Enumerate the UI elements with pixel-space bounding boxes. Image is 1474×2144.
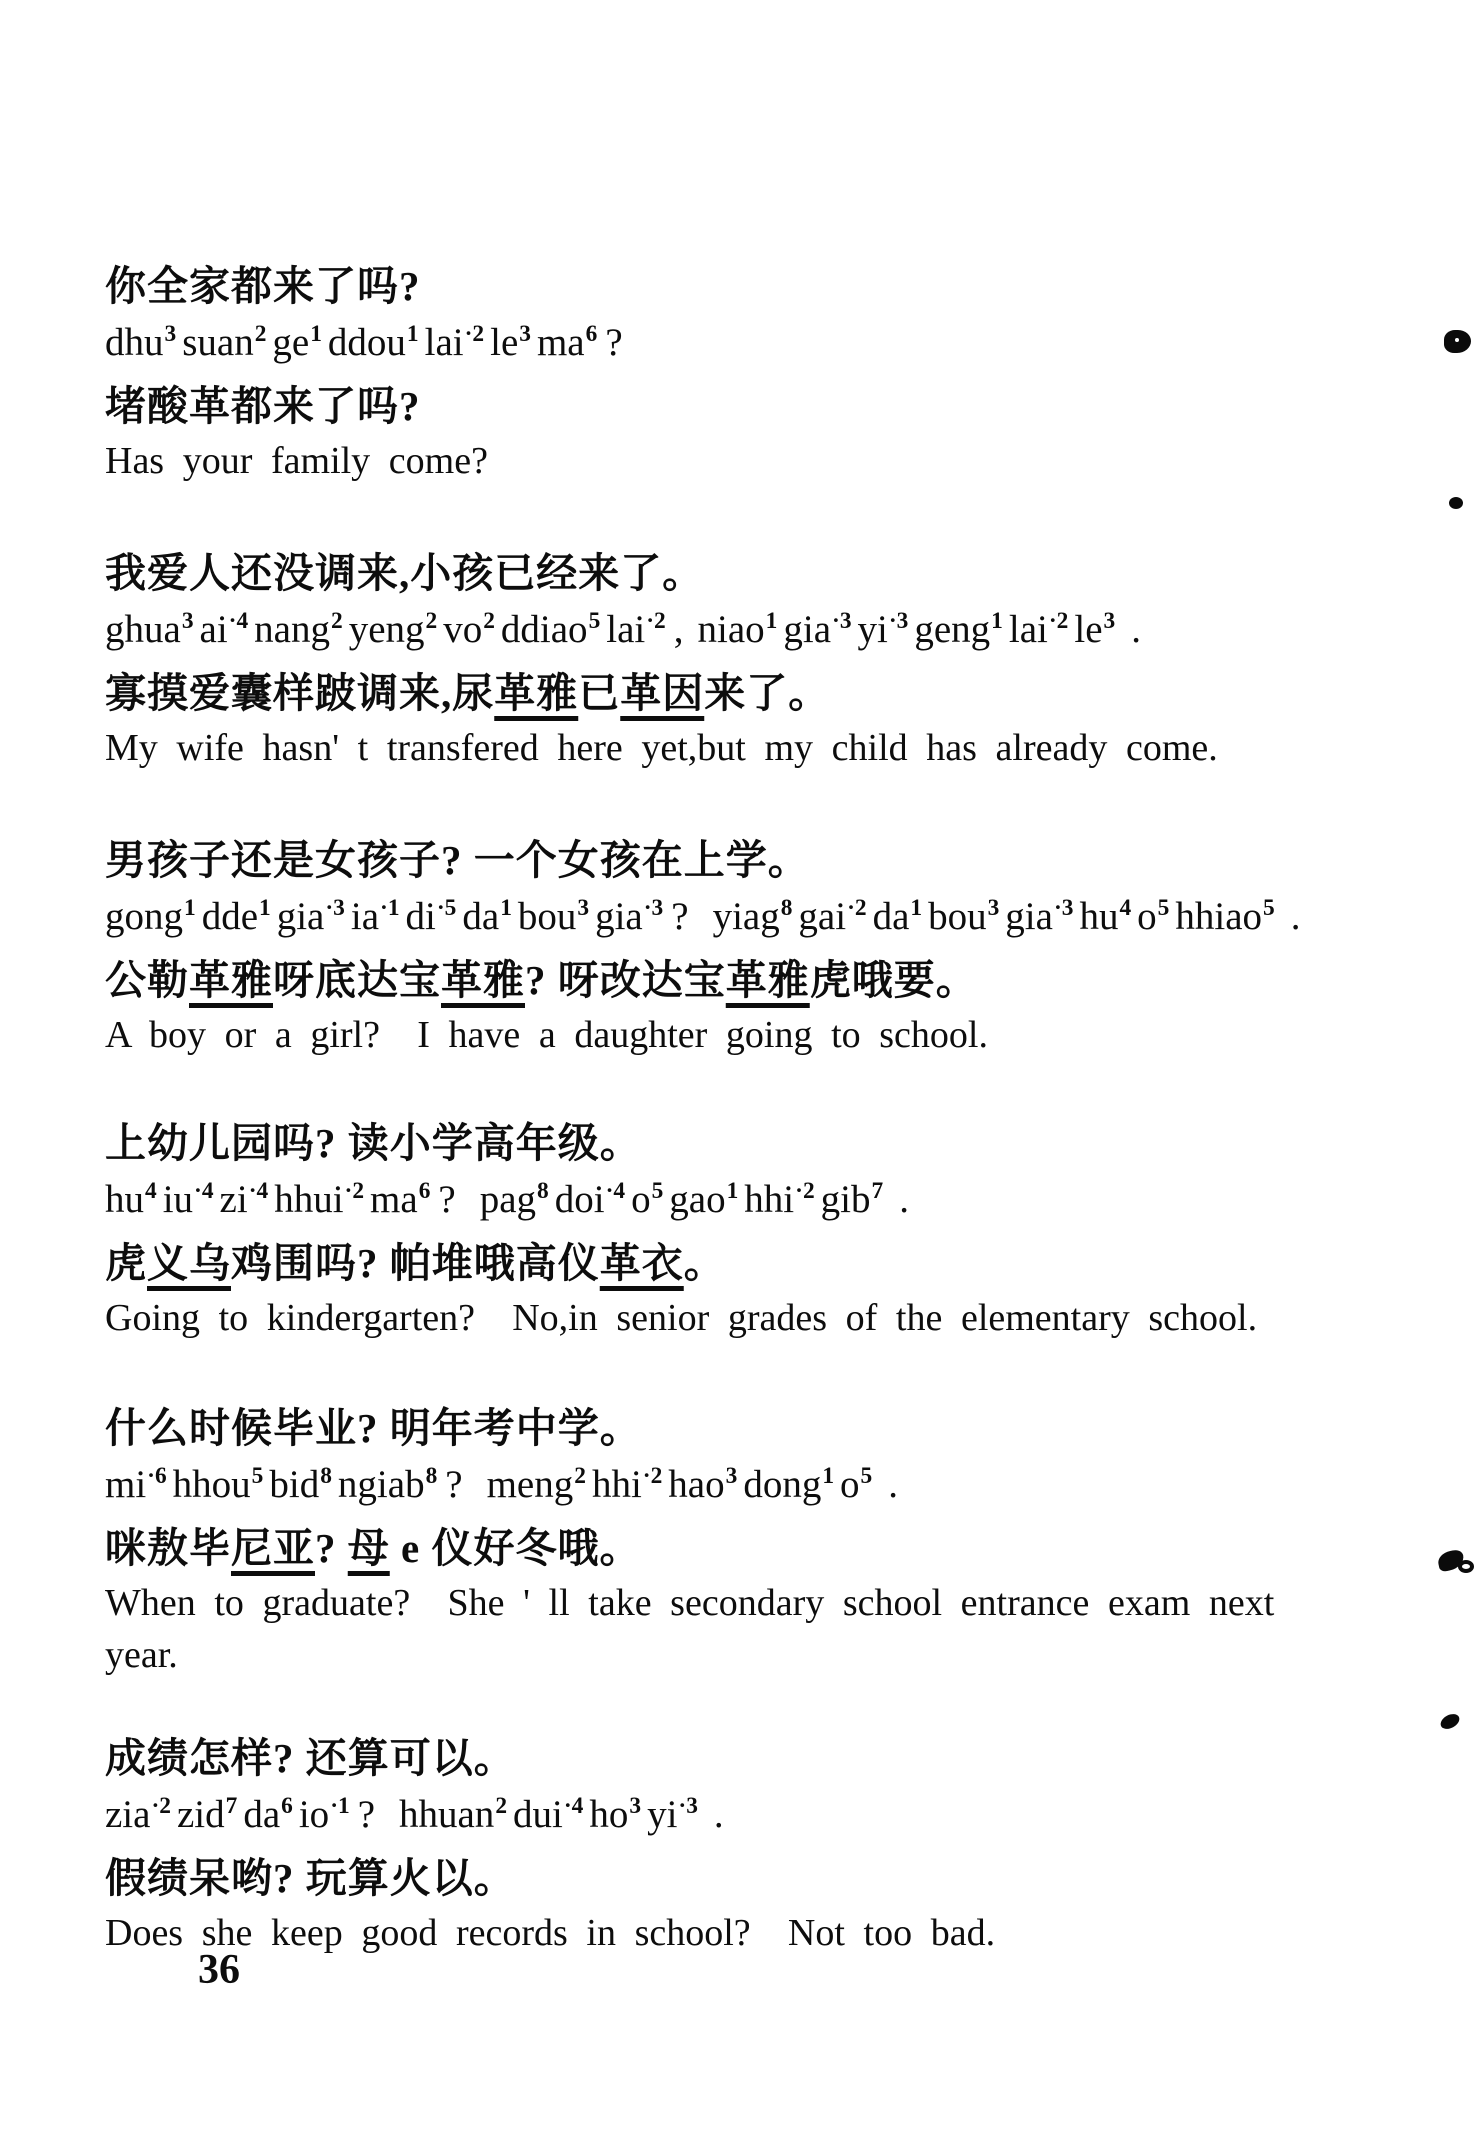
romanized-syllable: mi·6: [105, 1463, 168, 1506]
romanized-syllable: dde1: [202, 895, 272, 938]
phonetic-text: ? 呀改达宝: [525, 957, 726, 1003]
romanized-syllable: io·1: [299, 1793, 351, 1836]
tone-superscript: ·4: [564, 1793, 584, 1819]
english-translation: year.: [105, 1629, 1405, 1681]
tone-superscript: 2: [331, 608, 343, 634]
ink-speck: [1438, 1711, 1462, 1732]
punctuation: ?: [671, 895, 688, 938]
romanized-syllable: hhuan2: [399, 1793, 508, 1836]
underlined-proper-name: 母: [348, 1525, 390, 1571]
tone-superscript: 8: [537, 1178, 549, 1204]
romanized-syllable: hhui·2: [274, 1178, 365, 1221]
english-translation: When to graduate? She ' ll take secondar…: [105, 1577, 1405, 1629]
phonetic-approximation-line: 咪敖毕尼亚? 母 e 仪好冬哦。: [105, 1519, 1405, 1577]
romanized-syllable: gong1: [105, 895, 197, 938]
romanized-syllable: nang2: [254, 608, 344, 651]
chinese-sentence: 成绩怎样? 还算可以。: [105, 1730, 1405, 1786]
chinese-sentence: 什么时候毕业? 明年考中学。: [105, 1400, 1405, 1456]
tone-superscript: 2: [255, 321, 267, 347]
romanized-syllable: ngiab8: [338, 1463, 438, 1506]
romanized-syllable: ddiao5: [501, 608, 601, 651]
romanized-syllable: lai·2: [1009, 608, 1069, 651]
ink-speck: [1444, 330, 1471, 353]
romanized-syllable: yiag8: [713, 895, 794, 938]
romanized-syllable: ghua3: [105, 608, 195, 651]
english-translation: Going to kindergarten? No,in senior grad…: [105, 1292, 1405, 1344]
romanized-syllable: o5: [631, 1178, 664, 1221]
romanized-syllable: gia·3: [277, 895, 346, 938]
punctuation: ?: [358, 1793, 375, 1836]
romanized-syllable: zi·4: [220, 1178, 270, 1221]
romanized-syllable: dhu3: [105, 321, 177, 364]
romanized-syllable: gib7: [821, 1178, 885, 1221]
punctuation: .: [899, 1178, 909, 1221]
tone-superscript: 6: [281, 1793, 293, 1819]
underlined-proper-name: 革因: [620, 670, 704, 716]
tone-superscript: 5: [589, 608, 601, 634]
romanized-syllable: di·5: [406, 895, 458, 938]
romanized-syllable: ge1: [272, 321, 323, 364]
phonetic-text: 咪敖毕: [105, 1525, 231, 1571]
punctuation: .: [1131, 608, 1141, 651]
romanized-syllable: hhou5: [173, 1463, 265, 1506]
tone-superscript: 3: [182, 608, 194, 634]
tone-superscript: 5: [652, 1178, 664, 1204]
romanized-syllable: hao3: [668, 1463, 738, 1506]
tone-superscript: 3: [988, 895, 1000, 921]
tone-superscript: 2: [574, 1463, 586, 1489]
romanized-syllable: ho3: [589, 1793, 642, 1836]
phonetic-text: 虎哦要。: [810, 957, 978, 1003]
romanized-syllable: zia·2: [105, 1793, 172, 1836]
phonetic-text: 堵酸革都来了吗?: [105, 383, 421, 429]
phrase-entry: 你全家都来了吗?dhu3suan2ge1ddou1lai·2le3ma6?堵酸革…: [105, 258, 1405, 487]
tone-superscript: 1: [407, 321, 419, 347]
phonetic-approximation-line: 堵酸革都来了吗?: [105, 377, 1405, 435]
tone-superscript: 7: [871, 1178, 883, 1204]
romanized-syllable: hhi·2: [744, 1178, 815, 1221]
romanized-syllable: vo2: [443, 608, 496, 651]
phonetic-approximation-line: 假绩呆哟? 玩算火以。: [105, 1849, 1405, 1907]
phonetic-text: 假绩呆哟? 玩算火以。: [105, 1855, 516, 1901]
tone-superscript: ·2: [795, 1178, 815, 1204]
english-translation: A boy or a girl? I have a daughter going…: [105, 1009, 1405, 1061]
tone-superscript: ·3: [678, 1793, 698, 1819]
underlined-proper-name: 尼亚: [231, 1525, 315, 1571]
romanized-syllable: gia·3: [1005, 895, 1074, 938]
tone-superscript: 6: [586, 321, 598, 347]
english-translation: My wife hasn' t transfered here yet,but …: [105, 722, 1405, 774]
tone-superscript: 3: [165, 321, 177, 347]
english-translation: Does she keep good records in school? No…: [105, 1907, 1405, 1959]
romanized-syllable: ddou1: [328, 321, 420, 364]
phonetic-text: ?: [315, 1525, 348, 1571]
punctuation: ?: [605, 321, 622, 364]
underlined-proper-name: 义乌: [147, 1240, 231, 1286]
romanized-syllable: yi·3: [858, 608, 910, 651]
ink-speck: [1449, 497, 1463, 509]
romanized-syllable: hhi·2: [592, 1463, 663, 1506]
romanized-syllable: gia·3: [783, 608, 852, 651]
tone-superscript: 4: [1119, 895, 1131, 921]
tone-superscript: 3: [577, 895, 589, 921]
romanized-syllable: gao1: [669, 1178, 739, 1221]
romanization-line: zia·2zid7da6io·1?hhuan2dui·4ho3yi·3.: [105, 1786, 1405, 1849]
phrase-entry: 什么时候毕业? 明年考中学。mi·6hhou5bid8ngiab8?meng2h…: [105, 1400, 1405, 1681]
tone-superscript: 1: [991, 608, 1003, 634]
romanized-syllable: ma6: [370, 1178, 431, 1221]
phonetic-text: e 仪好冬哦。: [390, 1525, 642, 1571]
romanized-syllable: gia·3: [595, 895, 664, 938]
tone-superscript: 1: [822, 1463, 834, 1489]
romanized-syllable: iu·4: [163, 1178, 215, 1221]
romanized-syllable: hu4: [105, 1178, 158, 1221]
tone-superscript: 4: [145, 1178, 157, 1204]
tone-superscript: 5: [1263, 895, 1275, 921]
tone-superscript: ·2: [465, 321, 485, 347]
tone-superscript: 1: [727, 1178, 739, 1204]
underlined-proper-name: 革雅: [189, 957, 273, 1003]
romanized-syllable: meng2: [487, 1463, 587, 1506]
tone-superscript: ·6: [147, 1463, 167, 1489]
tone-superscript: ·3: [1054, 895, 1074, 921]
tone-superscript: 1: [310, 321, 322, 347]
tone-superscript: ·3: [832, 608, 852, 634]
tone-superscript: ·4: [194, 1178, 214, 1204]
romanized-syllable: bou3: [928, 895, 1000, 938]
phonetic-text: 呀底达宝: [273, 957, 441, 1003]
tone-superscript: ·1: [380, 895, 400, 921]
romanized-syllable: ai·4: [200, 608, 250, 651]
tone-superscript: ·5: [437, 895, 457, 921]
chinese-sentence: 男孩子还是女孩子? 一个女孩在上学。: [105, 832, 1405, 888]
page-number: 36: [198, 1946, 240, 1994]
tone-superscript: 5: [1158, 895, 1170, 921]
romanized-syllable: da6: [243, 1793, 294, 1836]
tone-superscript: 6: [419, 1178, 431, 1204]
tone-superscript: 8: [320, 1463, 332, 1489]
romanized-syllable: da1: [873, 895, 924, 938]
romanized-syllable: ma6: [537, 321, 598, 364]
phrase-entry: 成绩怎样? 还算可以。zia·2zid7da6io·1?hhuan2dui·4h…: [105, 1730, 1405, 1959]
chinese-sentence: 上幼儿园吗? 读小学高年级。: [105, 1115, 1405, 1171]
phonetic-text: 虎: [105, 1240, 147, 1286]
tone-superscript: ·2: [345, 1178, 365, 1204]
romanized-syllable: le3: [490, 321, 532, 364]
romanized-syllable: bou3: [518, 895, 590, 938]
romanization-line: dhu3suan2ge1ddou1lai·2le3ma6?: [105, 314, 1405, 377]
romanized-syllable: le3: [1074, 608, 1116, 651]
phrase-entry: 上幼儿园吗? 读小学高年级。hu4iu·4zi·4hhui·2ma6?pag8d…: [105, 1115, 1405, 1344]
romanized-syllable: yeng2: [349, 608, 439, 651]
punctuation: ,: [674, 608, 684, 651]
romanized-syllable: da1: [462, 895, 513, 938]
tone-superscript: ·2: [151, 1793, 171, 1819]
tone-superscript: ·2: [646, 608, 666, 634]
phrase-entry: 男孩子还是女孩子? 一个女孩在上学。gong1dde1gia·3ia·1di·5…: [105, 832, 1405, 1061]
tone-superscript: 3: [1104, 608, 1116, 634]
romanized-syllable: doi·4: [555, 1178, 626, 1221]
romanization-line: hu4iu·4zi·4hhui·2ma6?pag8doi·4o5gao1hhi·…: [105, 1171, 1405, 1234]
tone-superscript: 2: [495, 1793, 507, 1819]
tone-superscript: 1: [259, 895, 271, 921]
romanized-syllable: lai·2: [606, 608, 666, 651]
tone-superscript: 5: [861, 1463, 873, 1489]
punctuation: ?: [445, 1463, 462, 1506]
ink-speck: [1458, 1560, 1474, 1573]
romanized-syllable: niao1: [698, 608, 779, 651]
tone-superscript: 3: [629, 1793, 641, 1819]
tone-superscript: 1: [184, 895, 196, 921]
punctuation: .: [714, 1793, 724, 1836]
tone-superscript: 1: [766, 608, 778, 634]
romanized-syllable: gai·2: [798, 895, 867, 938]
tone-superscript: ·4: [229, 608, 249, 634]
phonetic-text: 。: [684, 1240, 726, 1286]
romanized-syllable: lai·2: [425, 321, 485, 364]
tone-superscript: ·4: [249, 1178, 269, 1204]
tone-superscript: ·3: [889, 608, 909, 634]
phonetic-text: 来了。: [704, 670, 830, 716]
romanization-line: gong1dde1gia·3ia·1di·5da1bou3gia·3?yiag8…: [105, 888, 1405, 951]
tone-superscript: 2: [483, 608, 495, 634]
romanization-line: mi·6hhou5bid8ngiab8?meng2hhi·2hao3dong1o…: [105, 1456, 1405, 1519]
tone-superscript: ·2: [643, 1463, 663, 1489]
romanized-syllable: zid7: [177, 1793, 238, 1836]
underlined-proper-name: 革雅: [441, 957, 525, 1003]
phonetic-approximation-line: 虎义乌鸡围吗? 帕堆哦高仪革衣。: [105, 1234, 1405, 1292]
english-translation: Has your family come?: [105, 435, 1405, 487]
tone-superscript: 8: [426, 1463, 438, 1489]
romanized-syllable: geng1: [914, 608, 1004, 651]
chinese-sentence: 我爱人还没调来,小孩已经来了。: [105, 545, 1405, 601]
romanized-syllable: ia·1: [351, 895, 401, 938]
punctuation: ?: [438, 1178, 455, 1221]
tone-superscript: 2: [426, 608, 438, 634]
romanized-syllable: suan2: [182, 321, 267, 364]
romanization-line: ghua3ai·4nang2yeng2vo2ddiao5lai·2,niao1g…: [105, 601, 1405, 664]
tone-superscript: ·2: [1049, 608, 1069, 634]
tone-superscript: 3: [726, 1463, 738, 1489]
romanized-syllable: yi·3: [647, 1793, 699, 1836]
underlined-proper-name: 革雅: [726, 957, 810, 1003]
tone-superscript: ·3: [325, 895, 345, 921]
romanized-syllable: bid8: [269, 1463, 333, 1506]
tone-superscript: ·1: [330, 1793, 350, 1819]
phonetic-text: 寡摸爱囊样跛调来,尿: [105, 670, 494, 716]
romanized-syllable: dong1: [743, 1463, 835, 1506]
tone-superscript: ·3: [644, 895, 664, 921]
tone-superscript: ·2: [847, 895, 867, 921]
underlined-proper-name: 革雅: [494, 670, 578, 716]
phonetic-text: 已: [578, 670, 620, 716]
phonetic-approximation-line: 公勒革雅呀底达宝革雅? 呀改达宝革雅虎哦要。: [105, 951, 1405, 1009]
tone-superscript: 5: [252, 1463, 264, 1489]
chinese-sentence: 你全家都来了吗?: [105, 258, 1405, 314]
tone-superscript: 7: [226, 1793, 238, 1819]
phrase-entry: 我爱人还没调来,小孩已经来了。ghua3ai·4nang2yeng2vo2ddi…: [105, 545, 1405, 774]
phonetic-text: 鸡围吗? 帕堆哦高仪: [231, 1240, 600, 1286]
romanized-syllable: hu4: [1079, 895, 1132, 938]
underlined-proper-name: 革衣: [600, 1240, 684, 1286]
book-page: 你全家都来了吗?dhu3suan2ge1ddou1lai·2le3ma6?堵酸革…: [0, 0, 1474, 2144]
tone-superscript: 1: [500, 895, 512, 921]
romanized-syllable: pag8: [480, 1178, 550, 1221]
tone-superscript: 1: [910, 895, 922, 921]
tone-superscript: 8: [781, 895, 793, 921]
tone-superscript: 3: [519, 321, 531, 347]
romanized-syllable: hhiao5: [1175, 895, 1275, 938]
phonetic-text: 公勒: [105, 957, 189, 1003]
punctuation: .: [1291, 895, 1301, 938]
romanized-syllable: o5: [840, 1463, 873, 1506]
punctuation: .: [888, 1463, 898, 1506]
romanized-syllable: dui·4: [513, 1793, 584, 1836]
phonetic-approximation-line: 寡摸爱囊样跛调来,尿革雅已革因来了。: [105, 664, 1405, 722]
tone-superscript: ·4: [606, 1178, 626, 1204]
romanized-syllable: o5: [1137, 895, 1170, 938]
